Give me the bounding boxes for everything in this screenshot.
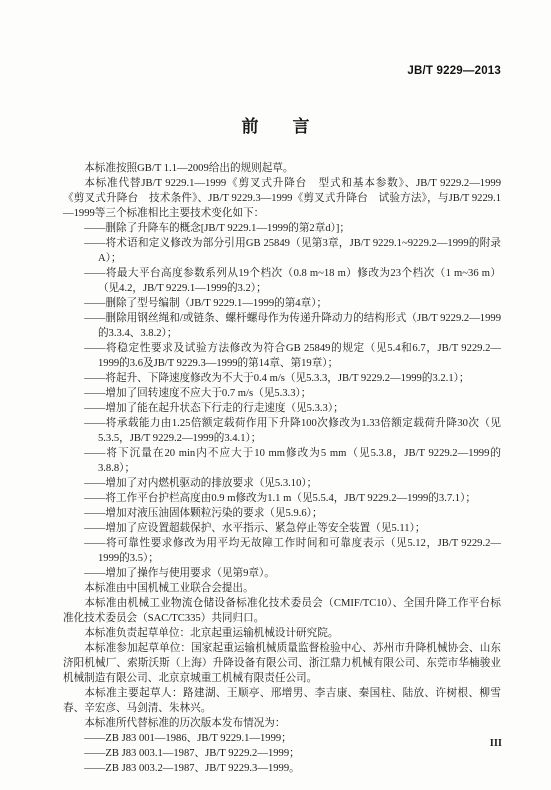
paragraph: 本标准按照GB/T 1.1—2009给出的规则起草。 [63, 161, 501, 176]
change-list-item: ——删除了型号编制（JB/T 9229.1—1999的第4章）； [63, 296, 501, 311]
paragraph: 本标准由中国机械工业联合会提出。 [63, 581, 501, 596]
change-list-item: ——增加了应设置超载保护、水平指示、紧急停止等安全装置（见5.11）； [63, 521, 501, 536]
page-title: 前 言 [0, 112, 551, 137]
change-list-item: ——ZB J83 003.2—1987、JB/T 9229.3—1999。 [63, 761, 501, 776]
change-list-item: ——将工作平台护栏高度由0.9 m修改为1.1 m（见5.5.4，JB/T 92… [63, 491, 501, 506]
paragraph: 本标准所代替标准的历次版本发布情况为： [63, 716, 501, 731]
change-list-item: ——增加了回转速度不应大于0.7 m/s（见5.3.3）； [63, 386, 501, 401]
document-body: 本标准按照GB/T 1.1—2009给出的规则起草。本标准代替JB/T 9229… [63, 161, 501, 776]
paragraph: 本标准参加起草单位：国家起重运输机械质量监督检验中心、苏州市升降机械协会、山东济… [63, 641, 501, 686]
change-list-item: ——将稳定性要求及试验方法修改为符合GB 25849的规定（见5.4和6.7，J… [63, 341, 501, 371]
change-list-item: ——增加了对内燃机驱动的排放要求（见5.3.10）； [63, 476, 501, 491]
standard-code: JB/T 9229—2013 [407, 65, 501, 77]
paragraph: 本标准代替JB/T 9229.1—1999《剪叉式升降台 型式和基本参数》、JB… [63, 176, 501, 221]
change-list-item: ——ZB J83 001—1986、JB/T 9229.1—1999； [63, 731, 501, 746]
change-list-item: ——增加了操作与使用要求（见第9章）。 [63, 566, 501, 581]
change-list-item: ——将最大平台高度参数系列从19个档次（0.8 m~18 m）修改为23个档次（… [63, 266, 501, 296]
change-list-item: ——增加了能在起升状态下行走的行走速度（见5.3.3）； [63, 401, 501, 416]
paragraph: 本标准负责起草单位：北京起重运输机械设计研究院。 [63, 626, 501, 641]
change-list-item: ——将承载能力由1.25倍额定载荷作用下升降100次修改为1.33倍额定载荷升降… [63, 416, 501, 446]
paragraph: 本标准由机械工业物流仓储设备标准化技术委员会（CMIF/TC10）、全国升降工作… [63, 596, 501, 626]
change-list-item: ——删除用钢丝绳和/或链条、螺杆螺母作为传递升降动力的结构形式（JB/T 922… [63, 311, 501, 341]
document-page: JB/T 9229—2013 前 言 本标准按照GB/T 1.1—2009给出的… [0, 0, 551, 790]
change-list-item: ——将可靠性要求修改为用平均无故障工作时间和可靠度表示（见5.12，JB/T 9… [63, 536, 501, 566]
change-list-item: ——ZB J83 003.1—1987、JB/T 9229.2—1999； [63, 746, 501, 761]
paragraph: 本标准主要起草人：路建湖、王顺亭、邢增男、李吉康、秦国柱、陆放、许树根、柳雪春、… [63, 686, 501, 716]
change-list-item: ——删除了升降车的概念[JB/T 9229.1—1999的第2章d）]； [63, 221, 501, 236]
change-list-item: ——将下沉量在20 min内不应大于10 mm修改为5 mm（见5.3.8，JB… [63, 446, 501, 476]
change-list-item: ——将术语和定义修改为部分引用GB 25849（见第3章，JB/T 9229.1… [63, 236, 501, 266]
page-number: III [490, 738, 502, 749]
change-list-item: ——增加对液压油固体颗粒污染的要求（见5.9.6）； [63, 506, 501, 521]
change-list-item: ——将起升、下降速度修改为不大于0.4 m/s（见5.3.3，JB/T 9229… [63, 371, 501, 386]
